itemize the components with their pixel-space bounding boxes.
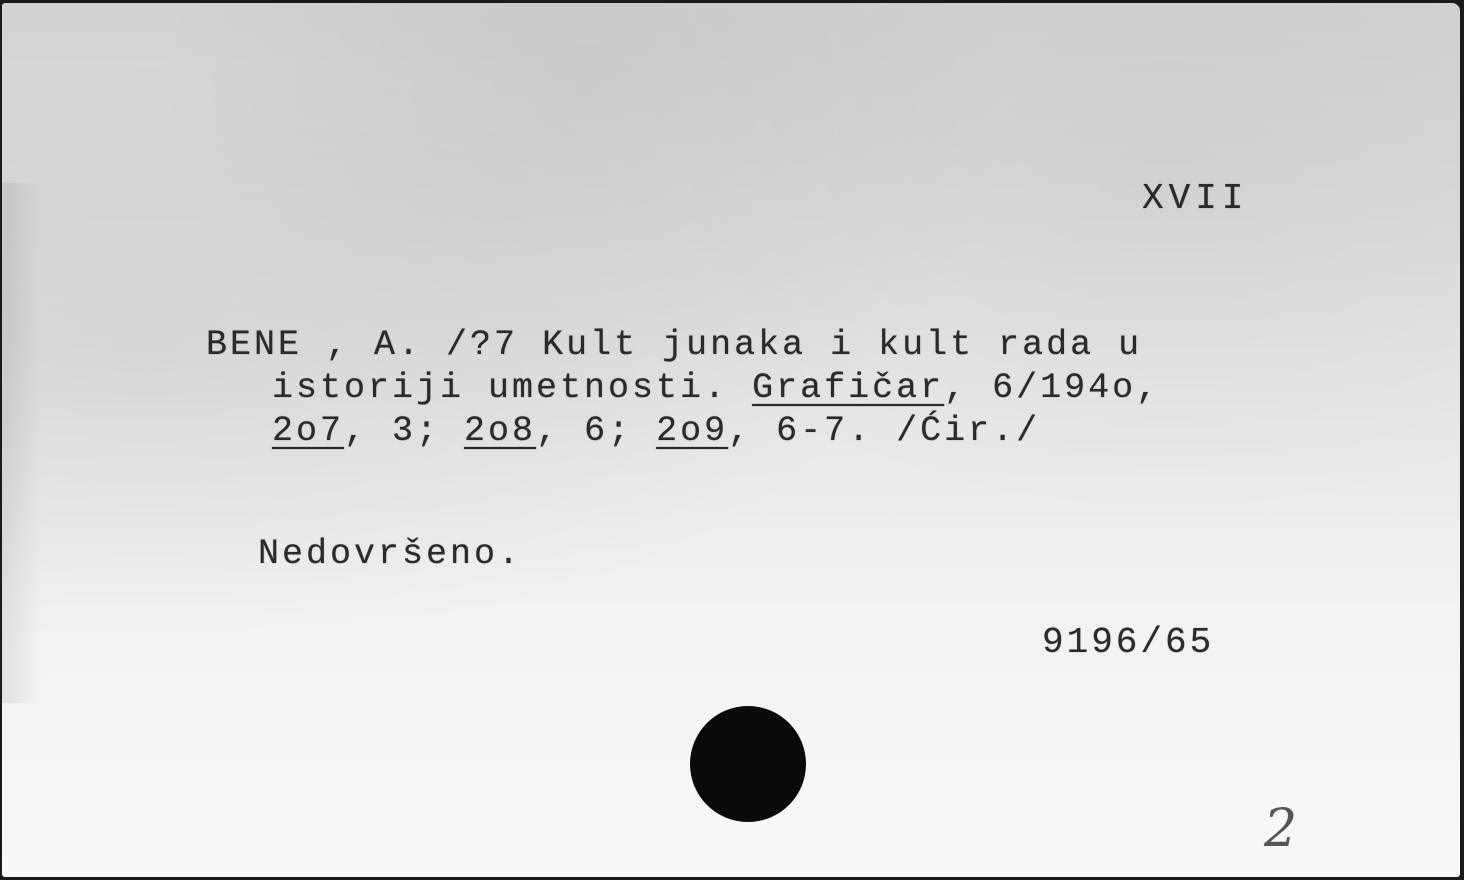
handwritten-mark: 2 [1264,803,1297,855]
page-ref-2: 2o8 [464,411,536,451]
status-note: Nedovršeno. [258,537,522,572]
accession-number: 9196/65 [1042,625,1214,661]
catalog-card: XVII BENE , A. /?7 Kult junaka i kult ra… [2,3,1460,877]
entry-line-3: 2o7, 3; 2o8, 6; 2o9, 6-7. /Ćir./ [272,414,1040,449]
entry-line-1: BENE , A. /?7 Kult junaka i kult rada u [206,328,1142,363]
issue-info: , 6/194o, [944,368,1160,408]
edge-shading [2,183,42,703]
page-sep-2: , 6; [536,411,656,451]
page-ref-3: 2o9 [656,411,728,451]
title-end: istoriji umetnosti. [272,368,752,408]
uncertain-mark: /?7 [446,325,518,365]
title-start: Kult junaka i kult rada u [542,325,1142,365]
script-note: /Ćir./ [896,411,1040,451]
page-ref-1: 2o7 [272,411,344,451]
page-range: 6-7. [776,411,896,451]
page-sep-1: , 3; [344,411,464,451]
page-sep-3: , [728,411,776,451]
journal-name: Grafičar [752,368,944,408]
author: BENE , A. [206,325,422,365]
section-numeral: XVII [1142,181,1248,217]
entry-line-2: istoriji umetnosti. Grafičar, 6/194o, [272,371,1160,406]
punch-hole [690,706,806,822]
